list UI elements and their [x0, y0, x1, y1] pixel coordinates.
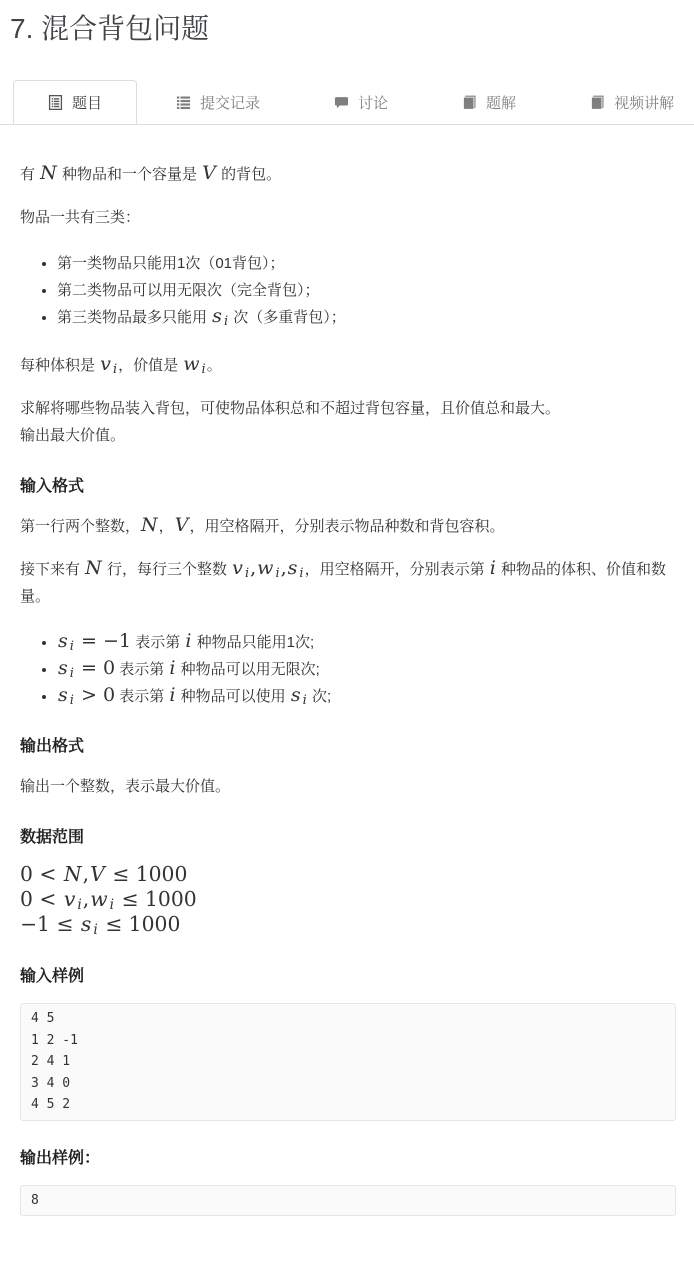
math-expression: si = −1: [57, 630, 131, 652]
list-item: 第一类物品只能用1次（01背包）；: [57, 251, 676, 276]
text-run: 第三类物品最多只能用: [57, 309, 211, 326]
problem-content: 有 N 种物品和一个容量是 V 的背包。物品一共有三类：第一类物品只能用1次（0…: [0, 125, 694, 1282]
math-expression: N: [84, 557, 103, 579]
math-expression: si: [290, 684, 308, 706]
text-run: 每种体积是: [20, 357, 99, 374]
paragraph: 输出一个整数，表示最大价值。: [20, 773, 676, 800]
list-icon: [176, 95, 191, 110]
math-expression: i: [168, 684, 176, 706]
tab-label: 讨论: [358, 92, 388, 113]
text-run: 物品一共有三类：: [20, 209, 140, 226]
text-run: 种物品和一个容量是: [58, 166, 201, 183]
paragraph: 每种体积是 vi，价值是 wi。: [20, 352, 676, 379]
text-run: 表示第: [115, 688, 168, 705]
text-run: 的背包。: [217, 166, 281, 183]
tab-label: 题解: [486, 92, 516, 113]
tab-solutions[interactable]: 题解: [427, 80, 551, 124]
bullet-list: si = −1 表示第 i 种物品只能用1次;si = 0 表示第 i 种物品可…: [20, 630, 676, 709]
math-expression: vi: [99, 353, 118, 375]
book-icon: [462, 95, 477, 110]
list-item: 第三类物品最多只能用 si 次（多重背包）；: [57, 305, 676, 330]
paragraph: 接下来有 N 行，每行三个整数 vi,wi,si，用空格隔开，分别表示第 i 种…: [20, 556, 676, 610]
text-run: ，: [159, 518, 174, 535]
document-icon: [48, 95, 63, 110]
section-heading: 输入格式: [20, 477, 676, 497]
paragraph: 第一行两个整数，N，V，用空格隔开，分别表示物品种数和背包容积。: [20, 513, 676, 540]
section-heading: 输入样例: [20, 967, 676, 987]
list-item: si > 0 表示第 i 种物品可以使用 si 次;: [57, 684, 676, 709]
section-heading: 输出样例：: [20, 1149, 676, 1169]
list-item: 第二类物品可以用无限次（完全背包）；: [57, 278, 676, 303]
book-icon: [590, 95, 605, 110]
text-run: 输出一个整数，表示最大价值。: [20, 778, 230, 795]
text-run: 第二类物品可以用无限次（完全背包）；: [57, 282, 320, 299]
text-run: 行，每行三个整数: [103, 561, 231, 578]
text-run: 输出最大价值。: [20, 427, 125, 444]
math-expression: si: [211, 305, 229, 327]
math-line: 0 < vi,wi ≤ 1000: [20, 889, 676, 914]
list-item: si = 0 表示第 i 种物品可以用无限次;: [57, 657, 676, 682]
text-run: 第一类物品只能用1次（01背包）；: [57, 255, 285, 272]
text-run: ，用空格隔开，分别表示物品种数和背包容积。: [189, 518, 504, 535]
text-run: 表示第: [115, 661, 168, 678]
bullet-list: 第一类物品只能用1次（01背包）；第二类物品可以用无限次（完全背包）；第三类物品…: [20, 251, 676, 330]
paragraph: 求解将哪些物品装入背包，可使物品体积总和不超过背包容量，且价值总和最大。输出最大…: [20, 395, 676, 449]
tab-label: 题目: [72, 92, 102, 113]
problem-page: 7. 混合背包问题 题目: [0, 12, 694, 1282]
math-expression: N: [140, 514, 159, 536]
list-item: si = −1 表示第 i 种物品只能用1次;: [57, 630, 676, 655]
page-title: 7. 混合背包问题: [10, 12, 694, 46]
text-run: 表示第: [131, 634, 184, 651]
tab-video[interactable]: 视频讲解: [555, 80, 694, 124]
paragraph: 有 N 种物品和一个容量是 V 的背包。: [20, 161, 676, 188]
math-block: 0 < N,V ≤ 10000 < vi,wi ≤ 1000−1 ≤ si ≤ …: [20, 864, 676, 939]
tab-discussion[interactable]: 讨论: [299, 80, 423, 124]
tab-label: 视频讲解: [614, 92, 674, 113]
math-expression: wi: [182, 353, 206, 375]
math-expression: V: [201, 162, 217, 184]
text-run: ，用空格隔开，分别表示第: [305, 561, 489, 578]
section-heading: 数据范围: [20, 828, 676, 848]
math-expression: i: [489, 557, 497, 579]
text-run: 种物品只能用1次;: [192, 634, 314, 651]
math-expression: si = 0: [57, 657, 115, 679]
text-run: ，价值是: [118, 357, 182, 374]
math-line: 0 < N,V ≤ 1000: [20, 864, 676, 889]
code-block: 4 5 1 2 -1 2 4 1 3 4 0 4 5 2: [20, 1003, 676, 1121]
math-expression: si > 0: [57, 684, 115, 706]
text-run: 种物品可以用无限次;: [177, 661, 320, 678]
tab-problem[interactable]: 题目: [13, 80, 137, 125]
text-run: 次（多重背包）；: [229, 309, 346, 326]
code-block: 8: [20, 1185, 676, 1217]
text-run: 第一行两个整数，: [20, 518, 140, 535]
comment-icon: [334, 95, 349, 110]
section-heading: 输出格式: [20, 737, 676, 757]
math-line: −1 ≤ si ≤ 1000: [20, 914, 676, 939]
tab-submissions[interactable]: 提交记录: [141, 80, 295, 124]
text-run: 求解将哪些物品装入背包，可使物品体积总和不超过背包容量，且价值总和最大。: [20, 400, 560, 417]
paragraph: 物品一共有三类：: [20, 204, 676, 231]
text-run: 次;: [308, 688, 331, 705]
math-expression: N: [39, 162, 58, 184]
tab-bar: 题目 提交记录 讨论: [0, 80, 694, 125]
text-run: 接下来有: [20, 561, 84, 578]
text-run: 有: [20, 166, 39, 183]
math-expression: V: [174, 514, 190, 536]
text-run: 种物品可以使用: [177, 688, 290, 705]
text-run: 。: [207, 357, 222, 374]
math-expression: i: [168, 657, 176, 679]
tab-label: 提交记录: [200, 92, 260, 113]
math-expression: vi,wi,si: [231, 557, 304, 579]
